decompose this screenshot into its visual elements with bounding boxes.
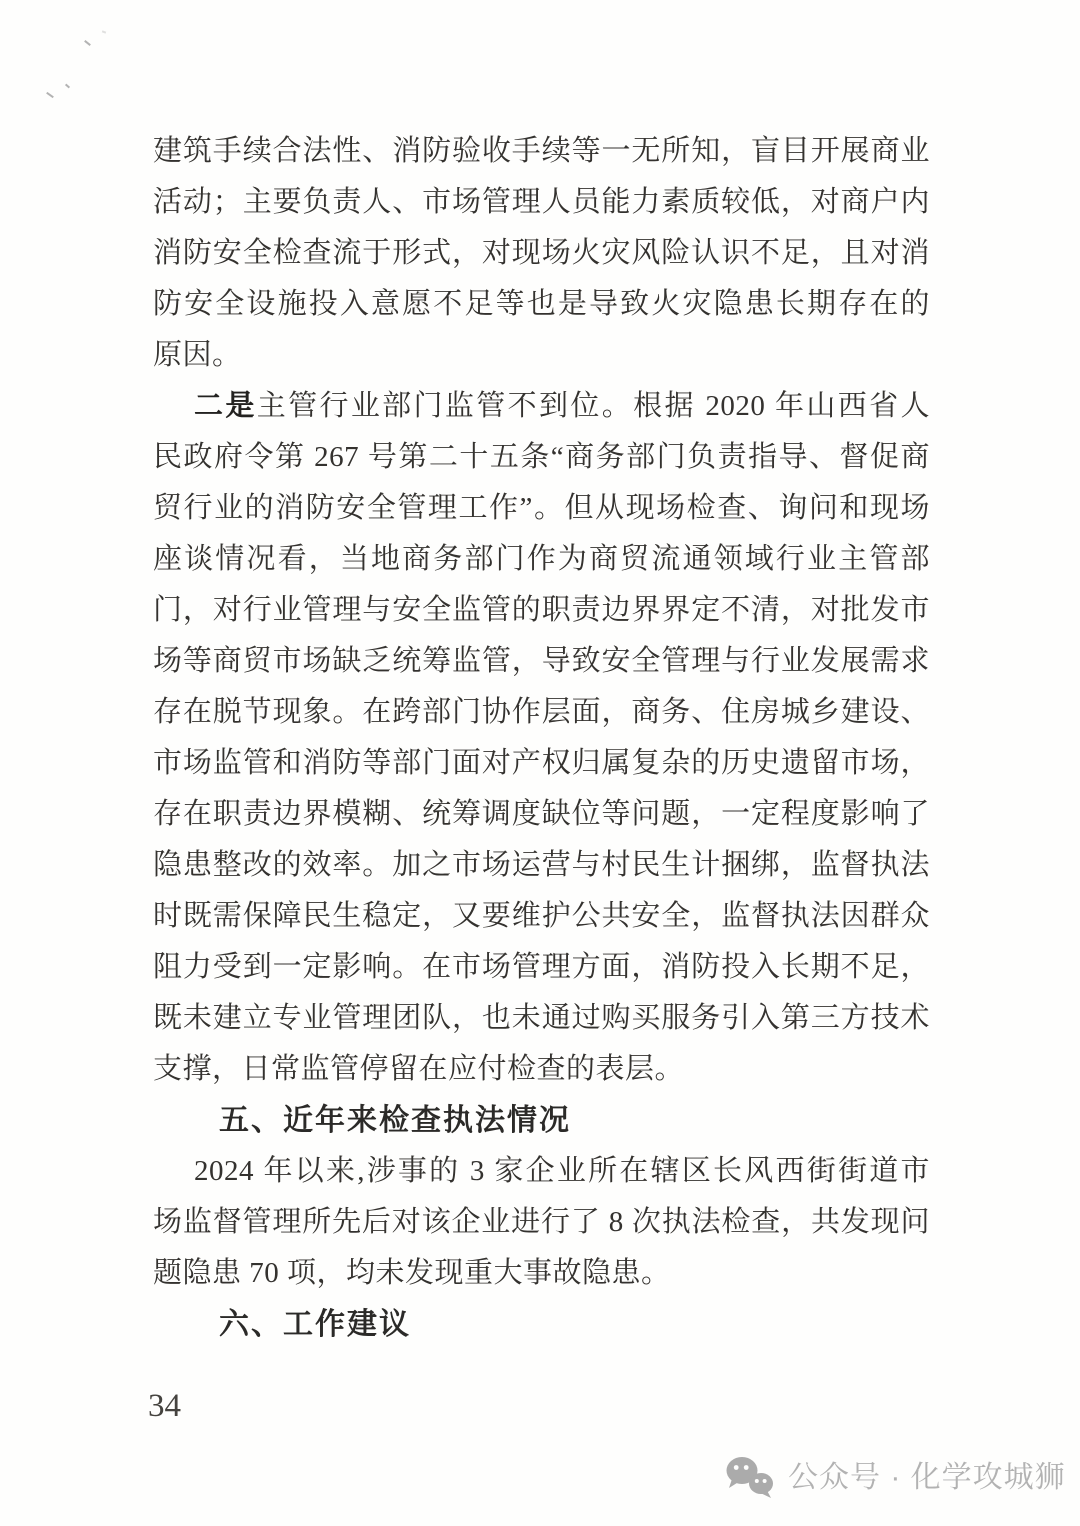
text-line: 消防安全检查流于形式，对现场火灾风险认识不足，且对消 <box>153 228 930 279</box>
text-line: 存在职责边界模糊、统筹调度缺位等问题，一定程度影响了 <box>153 789 930 840</box>
scan-artifact <box>102 30 106 33</box>
text-line: 隐患整改的效率。加之市场运营与村民生计捆绑，监督执法 <box>153 840 930 891</box>
text-line: 阻力受到一定影响。在市场管理方面，消防投入长期不足， <box>153 942 930 993</box>
scan-artifact <box>46 92 54 98</box>
watermark: 公众号 · 化学攻城狮 <box>722 1452 1066 1504</box>
bold-lead-in: 二是 <box>194 390 257 422</box>
wechat-icon <box>722 1455 776 1501</box>
scan-artifact <box>65 84 70 89</box>
text-line: 座谈情况看，当地商务部门作为商贸流通领域行业主管部 <box>153 534 930 585</box>
text-line: 防安全设施投入意愿不足等也是导致火灾隐患长期存在的 <box>153 279 930 330</box>
text-line: 门，对行业管理与安全监管的职责边界界定不清，对批发市 <box>153 585 930 636</box>
text-line: 市场监管和消防等部门面对产权归属复杂的历史遗留市场， <box>153 738 930 789</box>
document-page: 建筑手续合法性、消防验收手续等一无所知，盲目开展商业活动；主要负责人、市场管理人… <box>0 0 1080 1526</box>
text-line: 支撑，日常监管停留在应付检查的表层。 <box>153 1044 930 1095</box>
text-line: 存在脱节现象。在跨部门协作层面，商务、住房城乡建设、 <box>153 687 930 738</box>
section-heading: 六、工作建议 <box>153 1299 930 1350</box>
text-line: 原因。 <box>153 330 930 381</box>
scan-artifact <box>84 40 91 46</box>
text-line: 二是主管行业部门监管不到位。根据 2020 年山西省人 <box>153 381 930 432</box>
text-line: 题隐患 70 项，均未发现重大事故隐患。 <box>153 1248 930 1299</box>
text-line: 场等商贸市场缺乏统筹监管，导致安全管理与行业发展需求 <box>153 636 930 687</box>
text-line: 既未建立专业管理团队，也未通过购买服务引入第三方技术 <box>153 993 930 1044</box>
page-number: 34 <box>148 1386 181 1426</box>
watermark-text: 公众号 · 化学攻城狮 <box>788 1452 1066 1504</box>
section-heading: 五、近年来检查执法情况 <box>153 1095 930 1146</box>
text-line: 活动；主要负责人、市场管理人员能力素质较低，对商户内 <box>153 177 930 228</box>
text-line: 场监督管理所先后对该企业进行了 8 次执法检查，共发现问 <box>153 1197 930 1248</box>
document-body: 建筑手续合法性、消防验收手续等一无所知，盲目开展商业活动；主要负责人、市场管理人… <box>153 126 930 1350</box>
text-line: 贸行业的消防安全管理工作”。但从现场检查、询问和现场 <box>153 483 930 534</box>
text-line: 2024 年以来,涉事的 3 家企业所在辖区长风西街街道市 <box>153 1146 930 1197</box>
text-line: 民政府令第 267 号第二十五条“商务部门负责指导、督促商 <box>153 432 930 483</box>
text-line: 时既需保障民生稳定，又要维护公共安全，监督执法因群众 <box>153 891 930 942</box>
text-line: 建筑手续合法性、消防验收手续等一无所知，盲目开展商业 <box>153 126 930 177</box>
